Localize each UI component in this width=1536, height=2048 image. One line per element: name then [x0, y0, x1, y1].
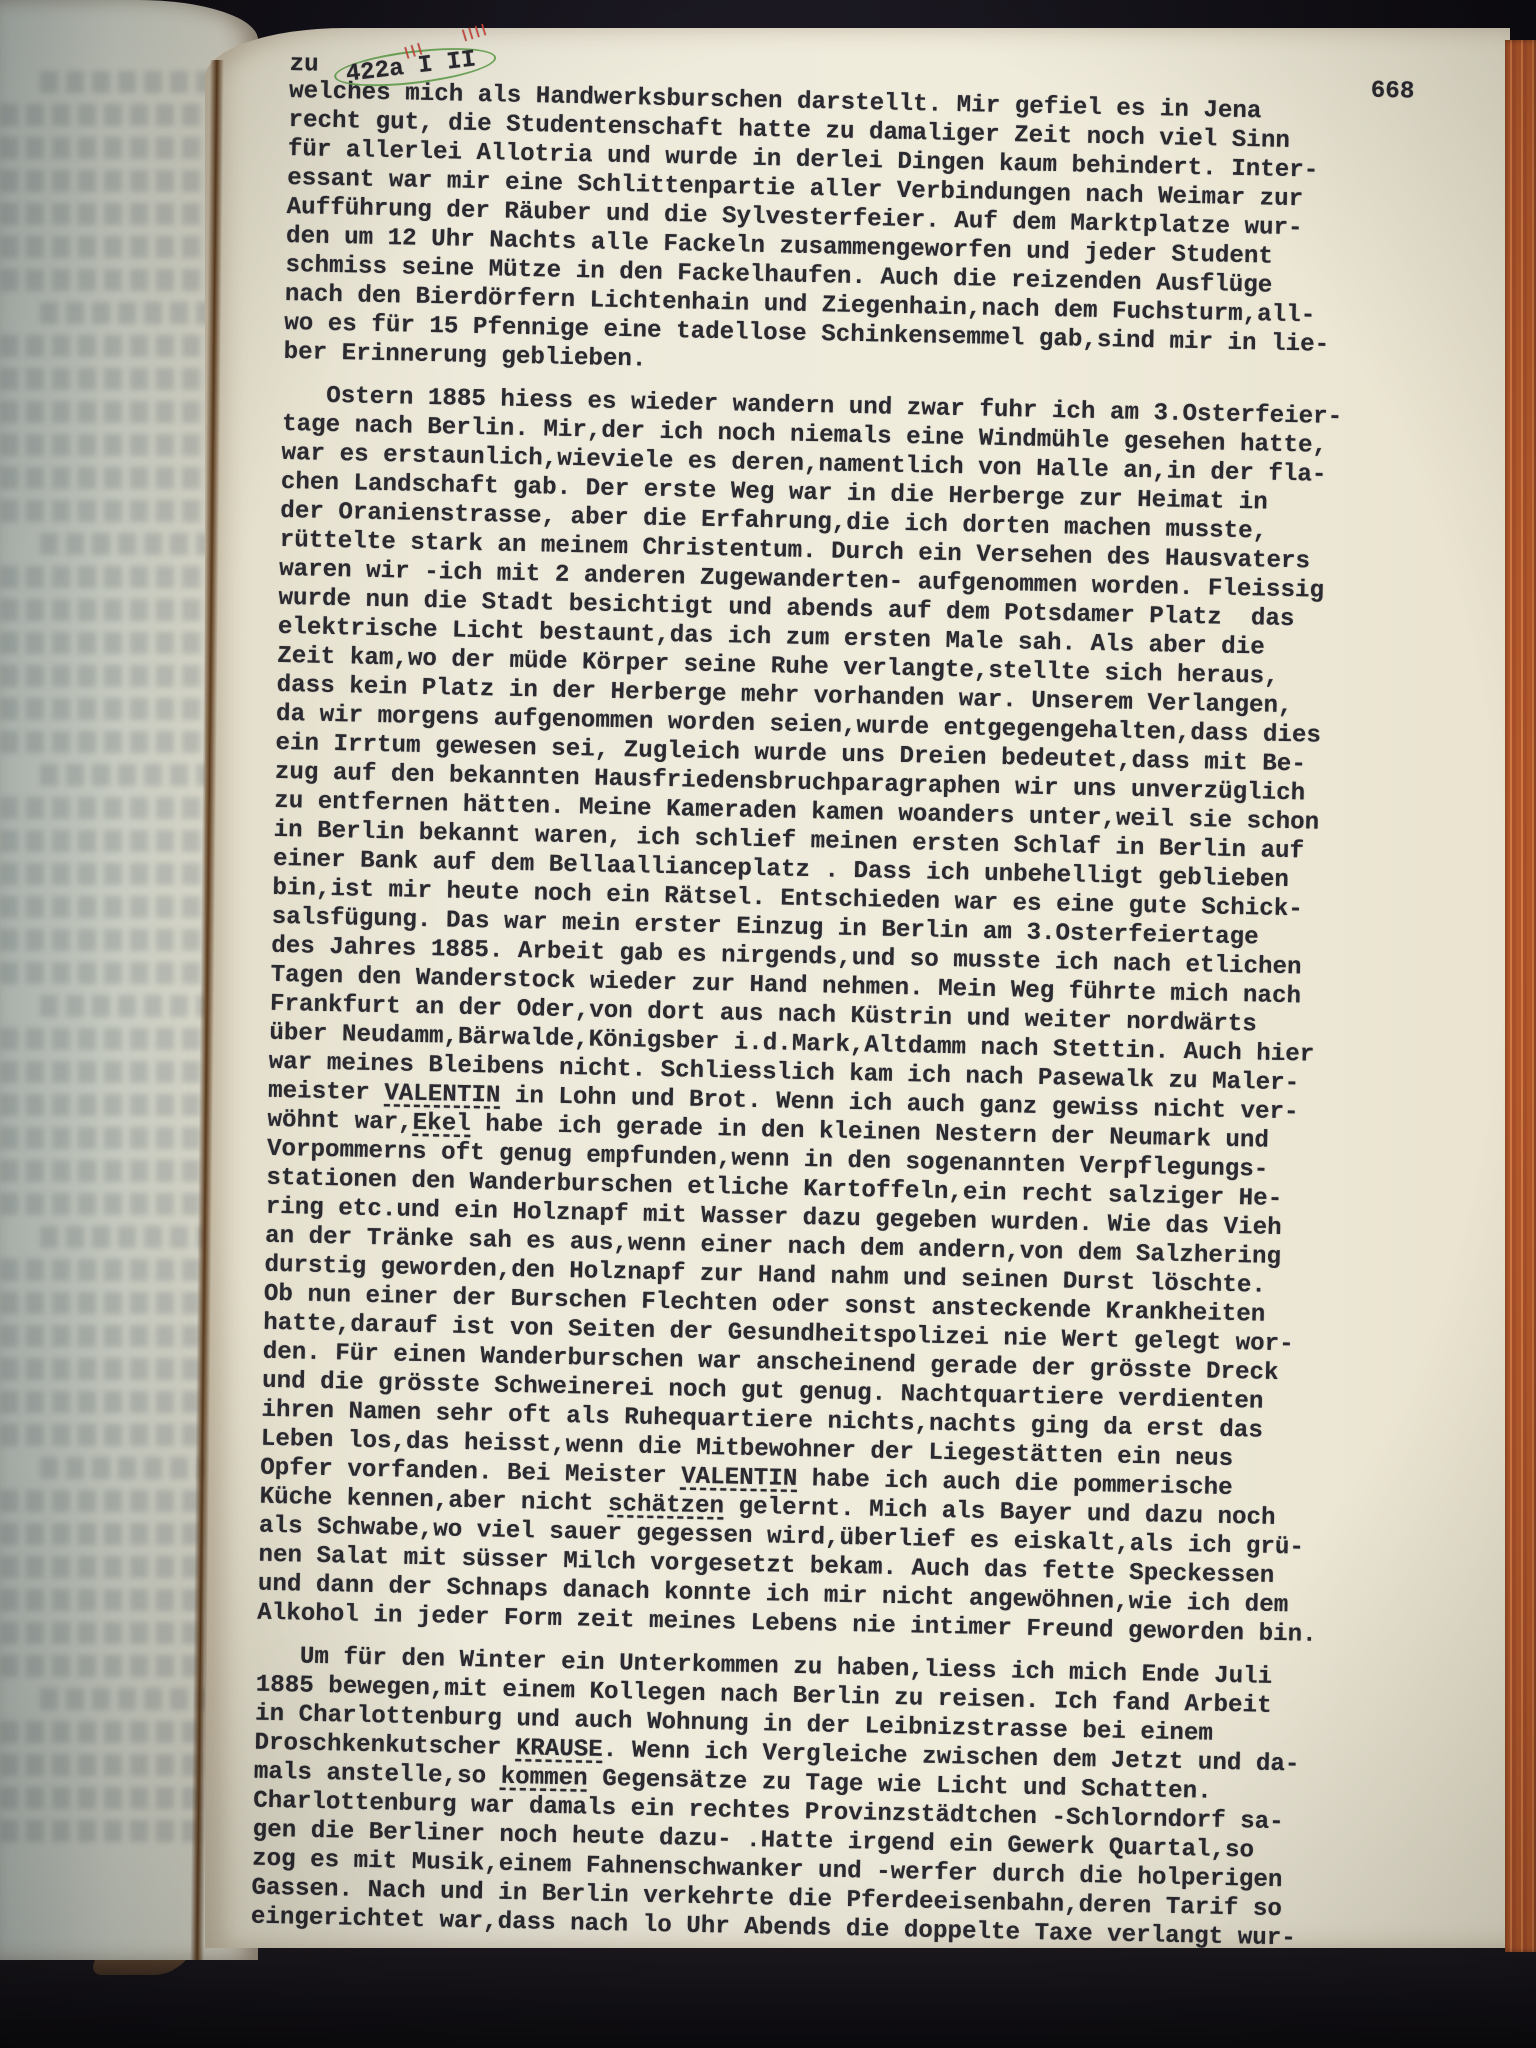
illegible-line	[0, 401, 238, 423]
illegible-line	[0, 170, 238, 192]
illegible-line	[0, 269, 238, 291]
illegible-line	[0, 236, 238, 258]
photo-scene: zu IIIIIII 422a I II 668 welches mich al…	[0, 0, 1536, 2048]
underlined-word: Ekel	[412, 1110, 471, 1138]
underlined-word: kommen	[500, 1764, 588, 1793]
illegible-line	[0, 434, 238, 456]
paragraph: Um für den Winter ein Unterkommen zu hab…	[251, 1642, 1442, 1957]
illegible-line	[0, 368, 238, 390]
illegible-line	[0, 566, 238, 588]
illegible-line	[0, 599, 238, 621]
reference-prefix: zu	[289, 51, 319, 79]
underlined-word: schätzen	[608, 1491, 725, 1520]
paragraph: welches mich als Handwerksburschen darst…	[283, 77, 1474, 392]
illegible-line	[0, 665, 238, 687]
paragraph: Ostern 1885 hiess es wieder wandern und …	[257, 381, 1468, 1653]
illegible-line	[0, 104, 238, 126]
illegible-line	[0, 137, 238, 159]
typewritten-text: zu IIIIIII 422a I II 668 welches mich al…	[251, 48, 1475, 1956]
underlined-word: KRAUSE	[515, 1735, 603, 1764]
underlined-word: VALENTIN	[384, 1080, 501, 1109]
illegible-line	[0, 335, 238, 357]
illegible-line	[0, 632, 238, 654]
page-number: 668	[1370, 77, 1414, 107]
illegible-line	[0, 467, 238, 489]
page-edge-stack	[1505, 40, 1536, 1952]
illegible-line	[0, 500, 238, 522]
underlined-word: VALENTIN	[681, 1464, 798, 1493]
illegible-line	[0, 203, 238, 225]
body-text: welches mich als Handwerksburschen darst…	[251, 77, 1475, 1956]
tally-mark: IIII	[459, 20, 490, 46]
